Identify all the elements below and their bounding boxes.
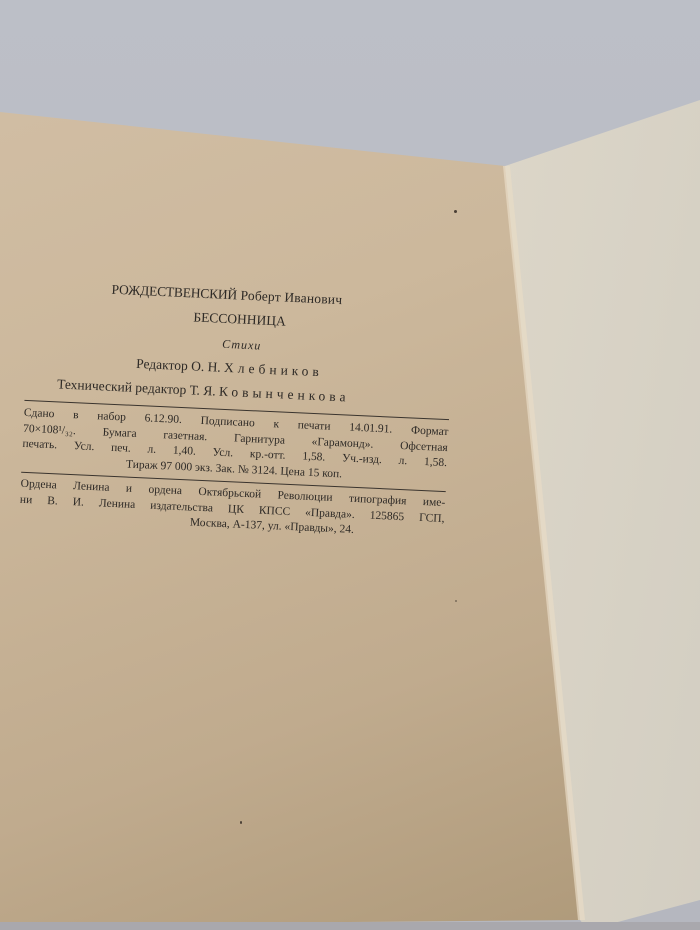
book-genre: Стихи xyxy=(222,337,262,354)
table-surface xyxy=(0,922,700,930)
paper-speck xyxy=(454,210,457,213)
editor-name: Хлебников xyxy=(224,360,323,379)
paper-speck xyxy=(240,821,242,824)
photo-scene: РОЖДЕСТВЕНСКИЙ Роберт Иванович БЕССОННИЦ… xyxy=(0,0,700,930)
tech-editor-initials: Т. Я. xyxy=(189,382,216,398)
editor-initials: О. Н. xyxy=(191,358,221,374)
editor-label: Редактор xyxy=(136,356,188,373)
paper-speck xyxy=(455,600,457,602)
author-names: Роберт Иванович xyxy=(240,288,342,308)
